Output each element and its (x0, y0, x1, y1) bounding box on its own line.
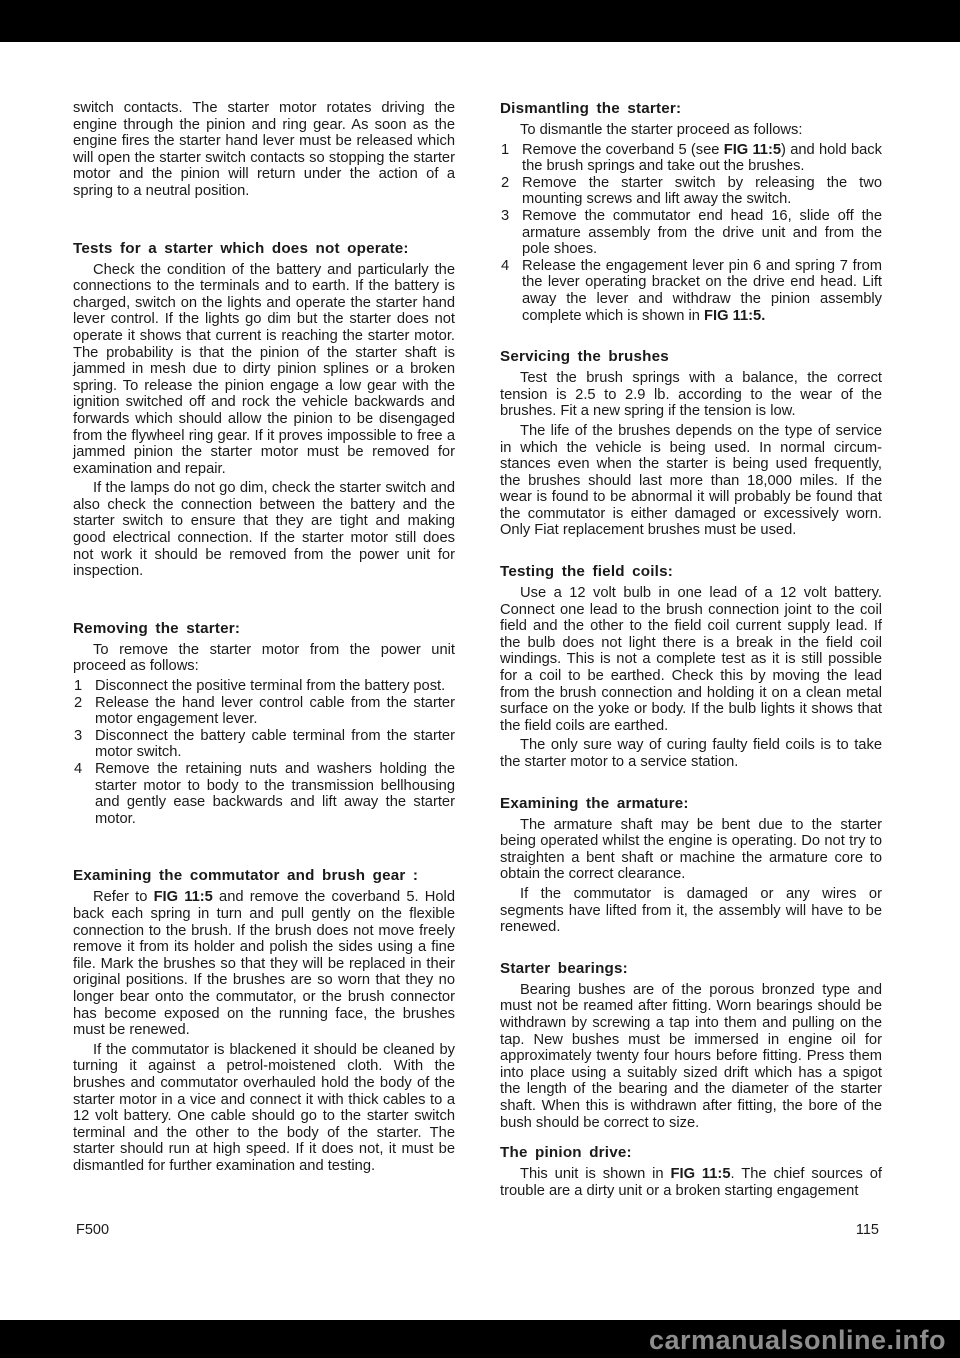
model-code: F500 (76, 1222, 109, 1238)
paragraph: To remove the starter motor from the pow… (73, 642, 455, 675)
list-item-number: 1 (74, 678, 82, 695)
top-black-bar (0, 0, 960, 42)
section-heading-field-coils: Testing the field coils: (500, 563, 882, 580)
list-item-number: 2 (501, 175, 509, 192)
numbered-list-removing: 1 Disconnect the positive terminal from … (73, 678, 455, 827)
list-item-number: 4 (74, 761, 82, 778)
paragraph: Refer to FIG 11:5 and remove the coverba… (73, 889, 455, 1038)
list-item-number: 1 (501, 142, 509, 159)
paragraph: Check the condition of the battery and p… (73, 262, 455, 478)
list-item: 4 Remove the retaining nuts and washers … (73, 761, 455, 827)
paragraph: If the commutator is damaged or any wire… (500, 886, 882, 936)
section-heading-commutator: Examining the commutator and brush gear … (73, 867, 455, 884)
list-item-number: 3 (74, 728, 82, 745)
list-item-text: Disconnect the positive terminal from th… (95, 678, 445, 694)
paragraph: If the lamps do not go dim, check the st… (73, 480, 455, 580)
watermark-text: carmanualsonline.info (649, 1325, 946, 1356)
paragraph: The only sure way of curing faulty field… (500, 737, 882, 770)
paragraph: Bearing bushes are of the porous bronzed… (500, 982, 882, 1131)
list-item: 1 Disconnect the positive terminal from … (73, 678, 455, 695)
paragraph: If the commutator is blackened it should… (73, 1042, 455, 1175)
list-item: 2 Release the hand lever control cable f… (73, 695, 455, 728)
left-column: switch contacts. The starter motor rotat… (73, 100, 455, 1177)
section-heading-pinion-drive: The pinion drive: (500, 1144, 882, 1161)
list-item-number: 4 (501, 258, 509, 275)
list-item-text: Release the engagement lever pin 6 and s… (522, 258, 882, 324)
list-item-text: Remove the coverband 5 (see FIG 11:5) an… (522, 142, 882, 175)
list-item-text: Remove the retaining nuts and washers ho… (95, 761, 455, 827)
list-item: 1 Remove the coverband 5 (see FIG 11:5) … (500, 142, 882, 175)
right-column: Dismantling the starter: To dismantle th… (500, 100, 882, 1202)
section-heading-armature: Examining the armature: (500, 795, 882, 812)
list-item-number: 3 (501, 208, 509, 225)
list-item-text: Release the hand lever control cable fro… (95, 695, 455, 728)
list-item-text: Remove the commutator end head 16, slide… (522, 208, 882, 257)
list-item: 3 Remove the commutator end head 16, sli… (500, 208, 882, 258)
section-heading-brushes: Servicing the brushes (500, 348, 882, 365)
section-heading-dismantling: Dismantling the starter: (500, 100, 882, 117)
paragraph: To dismantle the starter proceed as foll… (500, 122, 882, 139)
list-item: 3 Disconnect the battery cable terminal … (73, 728, 455, 761)
list-item: 2 Remove the starter switch by releasing… (500, 175, 882, 208)
paragraph-intro-continuation: switch contacts. The starter motor rotat… (73, 100, 455, 200)
section-heading-bearings: Starter bearings: (500, 960, 882, 977)
page-number: 115 (856, 1222, 879, 1238)
paragraph: The life of the brushes depends on the t… (500, 423, 882, 539)
paragraph: The armature shaft may be bent due to th… (500, 817, 882, 883)
manual-page: switch contacts. The starter motor rotat… (0, 0, 960, 1358)
paragraph: Use a 12 volt bulb in one lead of a 12 v… (500, 585, 882, 734)
paragraph: Test the brush springs with a balance, t… (500, 370, 882, 420)
list-item: 4 Release the engagement lever pin 6 and… (500, 258, 882, 324)
bottom-black-bar: carmanualsonline.info (0, 1320, 960, 1358)
list-item-text: Remove the starter switch by releasing t… (522, 175, 882, 208)
list-item-text: Disconnect the battery cable terminal fr… (95, 728, 455, 761)
section-heading-removing: Removing the starter: (73, 620, 455, 637)
section-heading-tests: Tests for a starter which does not opera… (73, 240, 455, 257)
list-item-number: 2 (74, 695, 82, 712)
numbered-list-dismantling: 1 Remove the coverband 5 (see FIG 11:5) … (500, 142, 882, 325)
paragraph: This unit is shown in FIG 11:5. The chie… (500, 1166, 882, 1199)
